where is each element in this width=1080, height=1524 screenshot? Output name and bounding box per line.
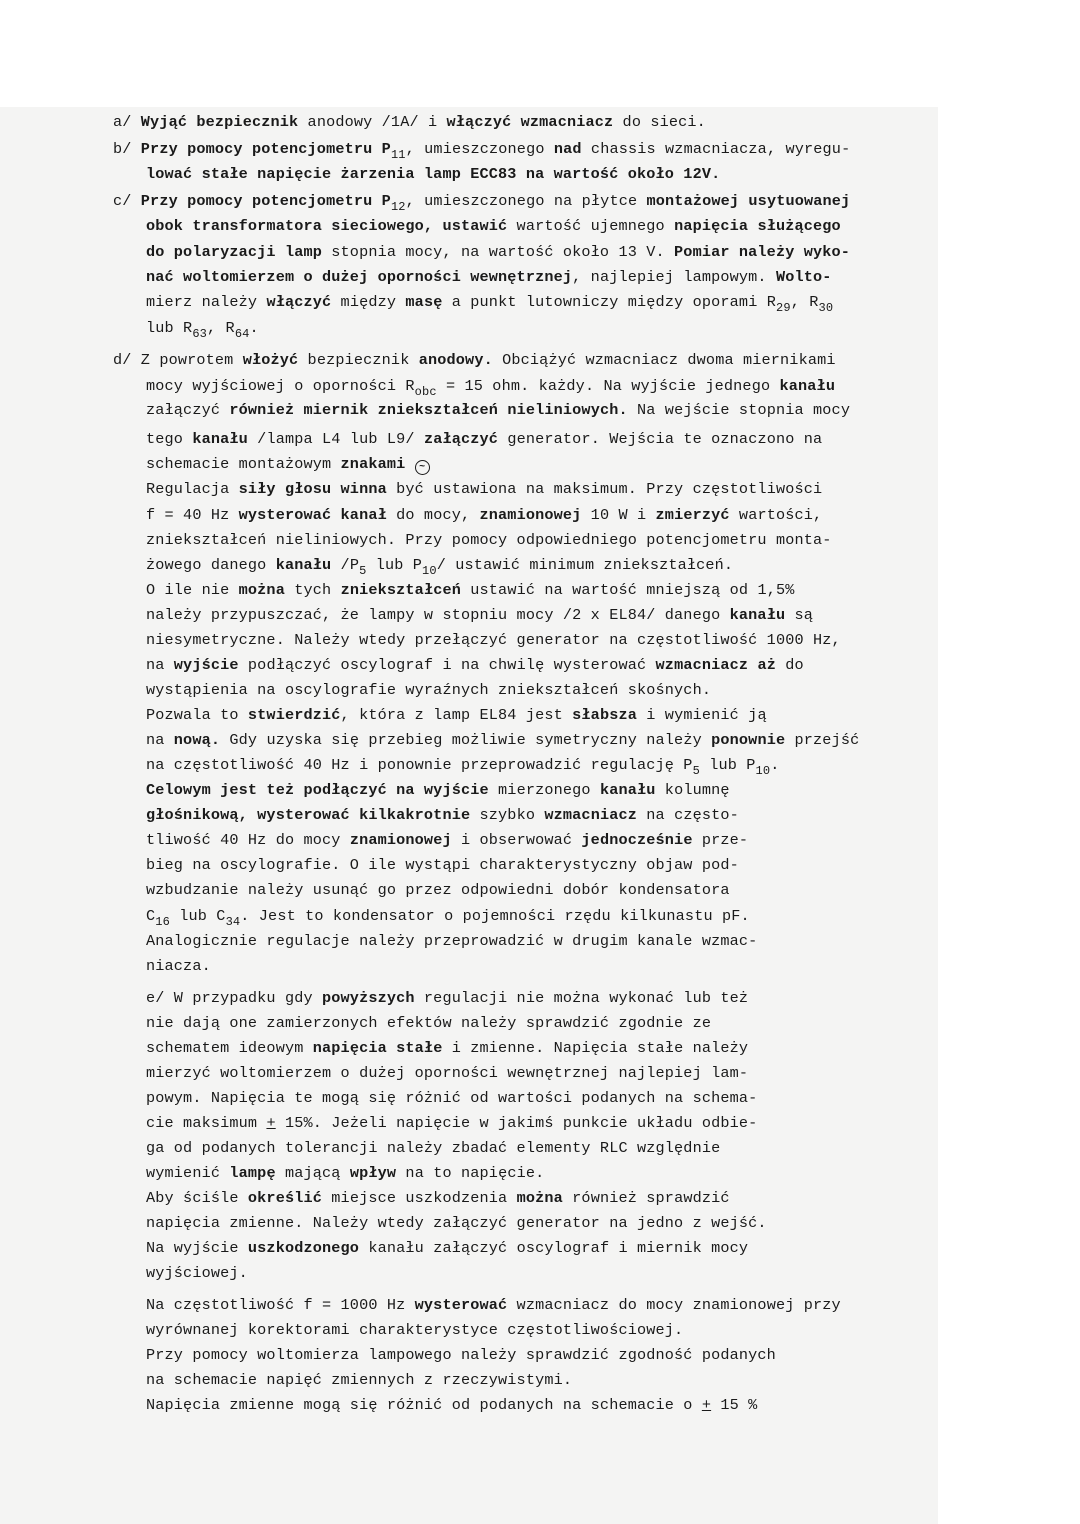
text-run: i obserwować — [452, 831, 582, 849]
text-run: do sieci. — [613, 113, 706, 131]
text-line: powym. Napięcia te mogą się różnić od wa… — [146, 1088, 757, 1108]
text-run: między — [331, 293, 405, 311]
text-run: ustawić na wartość mniejszą od 1,5% — [461, 581, 795, 599]
text-run: prze- — [693, 831, 749, 849]
text-line: Aby ściśle określić miejsce uszkodzenia … — [146, 1188, 730, 1208]
text-run — [498, 401, 507, 419]
text-run: obok transformatora sieciowego, ustawić — [146, 217, 507, 235]
text-line: d/ Z powrotem włożyć bezpiecznik anodowy… — [113, 350, 836, 370]
text-run: wpływ — [350, 1164, 396, 1182]
text-run: bieg na oscylografie. O ile wystąpi char… — [146, 856, 739, 874]
text-line: Napięcia zmienne mogą się różnić od poda… — [146, 1395, 757, 1415]
subscript: 5 — [693, 764, 700, 778]
text-line: O ile nie można tych zniekształceń ustaw… — [146, 580, 795, 600]
text-line: na częstotliwość 40 Hz i ponownie przepr… — [146, 755, 780, 775]
text-run: lub C — [170, 907, 226, 925]
text-line: e/ W przypadku gdy powyższych regulacji … — [146, 988, 748, 1008]
text-run: tego — [146, 430, 192, 448]
text-line: żowego danego kanału /P5 lub P10/ ustawi… — [146, 555, 733, 575]
text-run: nieliniowych. — [507, 401, 627, 419]
text-run: lub P — [366, 556, 422, 574]
text-line: mierzyć woltomierzem o dużej oporności w… — [146, 1063, 748, 1083]
text-run: = 15 ohm. każdy. Na wyjście jednego — [437, 377, 780, 395]
plus-minus-sign: + — [266, 1114, 275, 1132]
text-run: wystąpienia na oscylografie wyraźnych zn… — [146, 681, 711, 699]
text-run: Celowym jest też podłączyć na wyjście — [146, 781, 489, 799]
text-run: i wymienić ją — [637, 706, 767, 724]
text-run: Na wyjście — [146, 1239, 248, 1257]
text-run: , najlepiej lampowym. — [572, 268, 776, 286]
text-run: schemacie montażowym — [146, 455, 341, 473]
text-run: ga od podanych tolerancji należy zbadać … — [146, 1139, 720, 1157]
text-run: znamionowej — [480, 506, 582, 524]
text-run: Przy pomocy potencjometru P — [141, 192, 391, 210]
text-line: c/ Przy pomocy potencjometru P12, umiesz… — [113, 191, 850, 211]
text-run: wartości, — [730, 506, 823, 524]
text-line: Analogicznie regulacje należy przeprowad… — [146, 931, 757, 951]
text-run: Obciążyć wzmacniacz dwoma miernikami — [493, 351, 836, 369]
text-run: wyrównanej korektorami charakterystyce c… — [146, 1321, 683, 1339]
text-run: wyjściowej. — [146, 1264, 248, 1282]
text-run: mierzonego — [489, 781, 600, 799]
circled-tilde-icon: ~ — [415, 460, 430, 475]
text-line: mocy wyjściowej o oporności Robc = 15 oh… — [146, 376, 835, 396]
text-run: stwierdzić — [248, 706, 341, 724]
text-run: załączyć — [424, 430, 498, 448]
text-run: również miernik zniekształceń — [229, 401, 498, 419]
text-run: żowego danego — [146, 556, 276, 574]
text-run: Wolto- — [776, 268, 832, 286]
text-run: na często- — [637, 806, 739, 824]
subscript: 30 — [819, 301, 834, 315]
text-run: f = 40 Hz — [146, 506, 239, 524]
text-run: anodowy /1A/ i — [298, 113, 446, 131]
text-run: mierz należy — [146, 293, 266, 311]
text-line: nać woltomierzem o dużej oporności wewnę… — [146, 267, 832, 287]
text-run: wymienić — [146, 1164, 229, 1182]
text-run: 15 % — [711, 1396, 757, 1414]
text-line: f = 40 Hz wysterować kanał do mocy, znam… — [146, 505, 822, 525]
text-run: zniekształceń — [341, 581, 461, 599]
text-run: włożyć — [243, 351, 299, 369]
text-run: są — [785, 606, 813, 624]
text-run: Aby ściśle — [146, 1189, 248, 1207]
text-line: głośnikową, wysterować kilkakrotnie szyb… — [146, 805, 739, 825]
text-run: znamionowej — [350, 831, 452, 849]
text-run: kanału — [192, 430, 248, 448]
text-run: na — [146, 731, 174, 749]
text-run: włączyć — [266, 293, 331, 311]
text-run: stopnia mocy, na wartość około 13 V. — [322, 243, 674, 261]
text-line: Przy pomocy woltomierza lampowego należy… — [146, 1345, 776, 1365]
text-line: C16 lub C34. Jest to kondensator o pojem… — [146, 906, 750, 926]
text-line: cie maksimum + 15%. Jeżeli napięcie w ja… — [146, 1113, 757, 1133]
text-run: b/ — [113, 140, 141, 158]
text-run: , umieszczonego na płytce — [406, 192, 647, 210]
text-run: miejsce uszkodzenia — [322, 1189, 517, 1207]
text-run: d/ Z powrotem — [113, 351, 243, 369]
text-line: niesymetryczne. Należy wtedy przełączyć … — [146, 630, 841, 650]
text-run: siły głosu winna — [239, 480, 387, 498]
text-run: również sprawdzić — [563, 1189, 730, 1207]
text-line: Regulacja siły głosu winna być ustawiona… — [146, 479, 822, 499]
text-run: wartość ujemnego — [507, 217, 674, 235]
text-run: e/ W przypadku gdy — [146, 989, 322, 1007]
text-line: lub R63, R64. — [146, 318, 259, 338]
text-run: Wyjąć bezpiecznik — [141, 113, 299, 131]
text-line: tego kanału /lampa L4 lub L9/ załączyć g… — [146, 429, 822, 449]
text-run: Przy pomocy potencjometru P — [141, 140, 391, 158]
text-run: do — [776, 656, 804, 674]
text-line: należy przypuszczać, że lampy w stopniu … — [146, 605, 813, 625]
text-line: niacza. — [146, 956, 211, 976]
text-run: mierzyć woltomierzem o dużej oporności w… — [146, 1064, 748, 1082]
text-run: wyjście — [174, 656, 239, 674]
text-run: masę — [405, 293, 442, 311]
text-run: . — [250, 319, 259, 337]
text-run: wzmacniacz — [544, 806, 637, 824]
text-run: mającą — [276, 1164, 350, 1182]
text-run: lub P — [700, 756, 756, 774]
text-run: regulacji nie można wykonać lub też — [415, 989, 749, 1007]
text-run: wzmacniacz aż — [656, 656, 776, 674]
text-run: nać woltomierzem o dużej oporności wewnę… — [146, 268, 572, 286]
text-line: nie dają one zamierzonych efektów należy… — [146, 1013, 711, 1033]
text-run: / ustawić minimum zniekształceń. — [437, 556, 733, 574]
text-run: napięcia służącego — [674, 217, 841, 235]
text-run: O ile nie — [146, 581, 239, 599]
text-run: być ustawiona na maksimum. Przy częstotl… — [387, 480, 822, 498]
text-run: nie dają one zamierzonych efektów należy… — [146, 1014, 711, 1032]
text-run: napięcia stałe — [313, 1039, 443, 1057]
text-run: Pomiar należy wyko- — [674, 243, 850, 261]
text-line: lować stałe napięcie żarzenia lamp ECC83… — [146, 164, 720, 184]
text-run: na to napięcie. — [396, 1164, 544, 1182]
text-run: na schemacie napięć zmiennych z rzeczywi… — [146, 1371, 572, 1389]
text-run: podłączyć oscylograf i na chwilę wystero… — [239, 656, 656, 674]
text-run: cie maksimum — [146, 1114, 266, 1132]
text-run: na — [146, 656, 174, 674]
text-run: kolumnę — [656, 781, 730, 799]
text-run: , która z lamp EL84 jest — [341, 706, 573, 724]
text-line: b/ Przy pomocy potencjometru P11, umiesz… — [113, 139, 850, 159]
subscript: 10 — [756, 764, 771, 778]
text-run: na częstotliwość 40 Hz i ponownie przepr… — [146, 756, 693, 774]
subscript: 64 — [235, 327, 250, 341]
subscript: 63 — [192, 327, 207, 341]
text-run: lować stałe napięcie żarzenia lamp ECC83… — [146, 165, 720, 183]
text-run: niacza. — [146, 957, 211, 975]
subscript: 34 — [226, 915, 241, 929]
text-run: uszkodzonego — [248, 1239, 359, 1257]
text-run: szybko — [470, 806, 544, 824]
text-line: do polaryzacji lamp stopnia mocy, na war… — [146, 242, 850, 262]
text-run: jednocześnie — [581, 831, 692, 849]
text-run: schematem ideowym — [146, 1039, 313, 1057]
text-run — [405, 455, 414, 473]
plus-minus-sign: + — [702, 1396, 711, 1414]
text-line: wyrównanej korektorami charakterystyce c… — [146, 1320, 683, 1340]
text-line: napięcia zmienne. Należy wtedy załączyć … — [146, 1213, 767, 1233]
text-run: niesymetryczne. Należy wtedy przełączyć … — [146, 631, 841, 649]
text-run: bezpiecznik — [298, 351, 418, 369]
text-line: Na wyjście uszkodzonego kanału załączyć … — [146, 1238, 748, 1258]
text-run: wysterować — [415, 1296, 508, 1314]
text-run: nową. — [174, 731, 220, 749]
subscript: 11 — [391, 148, 406, 162]
text-line: a/ Wyjąć bezpiecznik anodowy /1A/ i włąc… — [113, 112, 706, 132]
text-line: schemacie montażowym znakami ~ — [146, 454, 430, 475]
text-run: kanału — [730, 606, 786, 624]
text-run: głośnikową, wysterować kilkakrotnie — [146, 806, 470, 824]
text-run: . — [770, 756, 779, 774]
text-run: Na wejście stopnia mocy — [628, 401, 850, 419]
text-run: zniekształceń nieliniowych. Przy pomocy … — [146, 531, 832, 549]
text-line: Na częstotliwość f = 1000 Hz wysterować … — [146, 1295, 841, 1315]
text-run: włączyć wzmacniacz — [447, 113, 614, 131]
text-run: lampę — [229, 1164, 275, 1182]
subscript: 10 — [422, 564, 437, 578]
text-run: /lampa L4 lub L9/ — [248, 430, 424, 448]
text-run: Gdy uzyska się przebieg możliwie symetry… — [220, 731, 711, 749]
subscript: 16 — [155, 915, 170, 929]
text-run: , umieszczonego — [406, 140, 554, 158]
text-line: tliwość 40 Hz do mocy znamionowej i obse… — [146, 830, 748, 850]
text-run: należy przypuszczać, że lampy w stopniu … — [146, 606, 730, 624]
text-run: do mocy, — [387, 506, 480, 524]
text-run: załączyć — [146, 401, 229, 419]
text-run: kanału — [276, 556, 332, 574]
text-line: wzbudzanie należy usunąć go przez odpowi… — [146, 880, 730, 900]
text-run: Pozwala to — [146, 706, 248, 724]
subscript: 12 — [391, 200, 406, 214]
text-run: powym. Napięcia te mogą się różnić od wa… — [146, 1089, 757, 1107]
text-run: słabsza — [572, 706, 637, 724]
text-run: można — [517, 1189, 563, 1207]
text-line: zniekształceń nieliniowych. Przy pomocy … — [146, 530, 832, 550]
text-line: Celowym jest też podłączyć na wyjście mi… — [146, 780, 730, 800]
text-line: bieg na oscylografie. O ile wystąpi char… — [146, 855, 739, 875]
text-run: montażowej usytuowanej — [647, 192, 851, 210]
text-line: schematem ideowym napięcia stałe i zmien… — [146, 1038, 748, 1058]
text-run: kanału — [600, 781, 656, 799]
text-run: Analogicznie regulacje należy przeprowad… — [146, 932, 757, 950]
text-line: mierz należy włączyć między masę a punkt… — [146, 292, 833, 312]
text-line: na wyjście podłączyć oscylograf i na chw… — [146, 655, 804, 675]
text-run: c/ — [113, 192, 141, 210]
text-run: generator. Wejścia te oznaczono na — [498, 430, 822, 448]
text-run: tliwość 40 Hz do mocy — [146, 831, 350, 849]
text-run: kanału — [780, 377, 836, 395]
text-run: Przy pomocy woltomierza lampowego należy… — [146, 1346, 776, 1364]
text-line: na nową. Gdy uzyska się przebieg możliwi… — [146, 730, 859, 750]
text-run: znakami — [341, 455, 406, 473]
text-run: tych — [285, 581, 341, 599]
text-run: powyższych — [322, 989, 415, 1007]
text-line: załączyć również miernik zniekształceń n… — [146, 400, 850, 420]
text-run: 10 W i — [581, 506, 655, 524]
text-run: 15%. Jeżeli napięcie w jakimś punkcie uk… — [276, 1114, 758, 1132]
text-line: obok transformatora sieciowego, ustawić … — [146, 216, 841, 236]
text-line: ga od podanych tolerancji należy zbadać … — [146, 1138, 720, 1158]
text-run: Napięcia zmienne mogą się różnić od poda… — [146, 1396, 702, 1414]
text-run: anodowy. — [419, 351, 493, 369]
text-run: C — [146, 907, 155, 925]
text-run: wzbudzanie należy usunąć go przez odpowi… — [146, 881, 730, 899]
text-run: przejść — [785, 731, 859, 749]
text-run: zmierzyć — [656, 506, 730, 524]
text-run: nad — [554, 140, 582, 158]
text-run: i zmienne. Napięcia stałe należy — [442, 1039, 748, 1057]
text-run: kanału załączyć oscylograf i miernik moc… — [359, 1239, 748, 1257]
text-run: , R — [207, 319, 235, 337]
text-run: lub R — [146, 319, 192, 337]
text-run: do polaryzacji lamp — [146, 243, 322, 261]
text-line: wyjściowej. — [146, 1263, 248, 1283]
text-line: wystąpienia na oscylografie wyraźnych zn… — [146, 680, 711, 700]
subscript: 29 — [776, 301, 791, 315]
text-run: a/ — [113, 113, 141, 131]
text-run: mocy wyjściowej o oporności R — [146, 377, 415, 395]
text-line: na schemacie napięć zmiennych z rzeczywi… — [146, 1370, 572, 1390]
text-run: wysterować kanał — [239, 506, 387, 524]
text-run: wzmacniacz do mocy znamionowej przy — [507, 1296, 841, 1314]
text-line: wymienić lampę mającą wpływ na to napięc… — [146, 1163, 544, 1183]
text-run: można — [239, 581, 285, 599]
text-run: napięcia zmienne. Należy wtedy załączyć … — [146, 1214, 767, 1232]
text-run: określić — [248, 1189, 322, 1207]
text-run: a punkt lutowniczy między oporami R — [442, 293, 776, 311]
subscript: obc — [415, 385, 437, 399]
text-run: . Jest to kondensator o pojemności rzędu… — [240, 907, 750, 925]
text-run: , R — [791, 293, 819, 311]
text-run: Na częstotliwość f = 1000 Hz — [146, 1296, 415, 1314]
text-line: Pozwala to stwierdzić, która z lamp EL84… — [146, 705, 767, 725]
text-run: Regulacja — [146, 480, 239, 498]
text-run: ponownie — [711, 731, 785, 749]
text-run: chassis wzmacniacza, wyregu- — [582, 140, 851, 158]
text-run: /P — [331, 556, 359, 574]
